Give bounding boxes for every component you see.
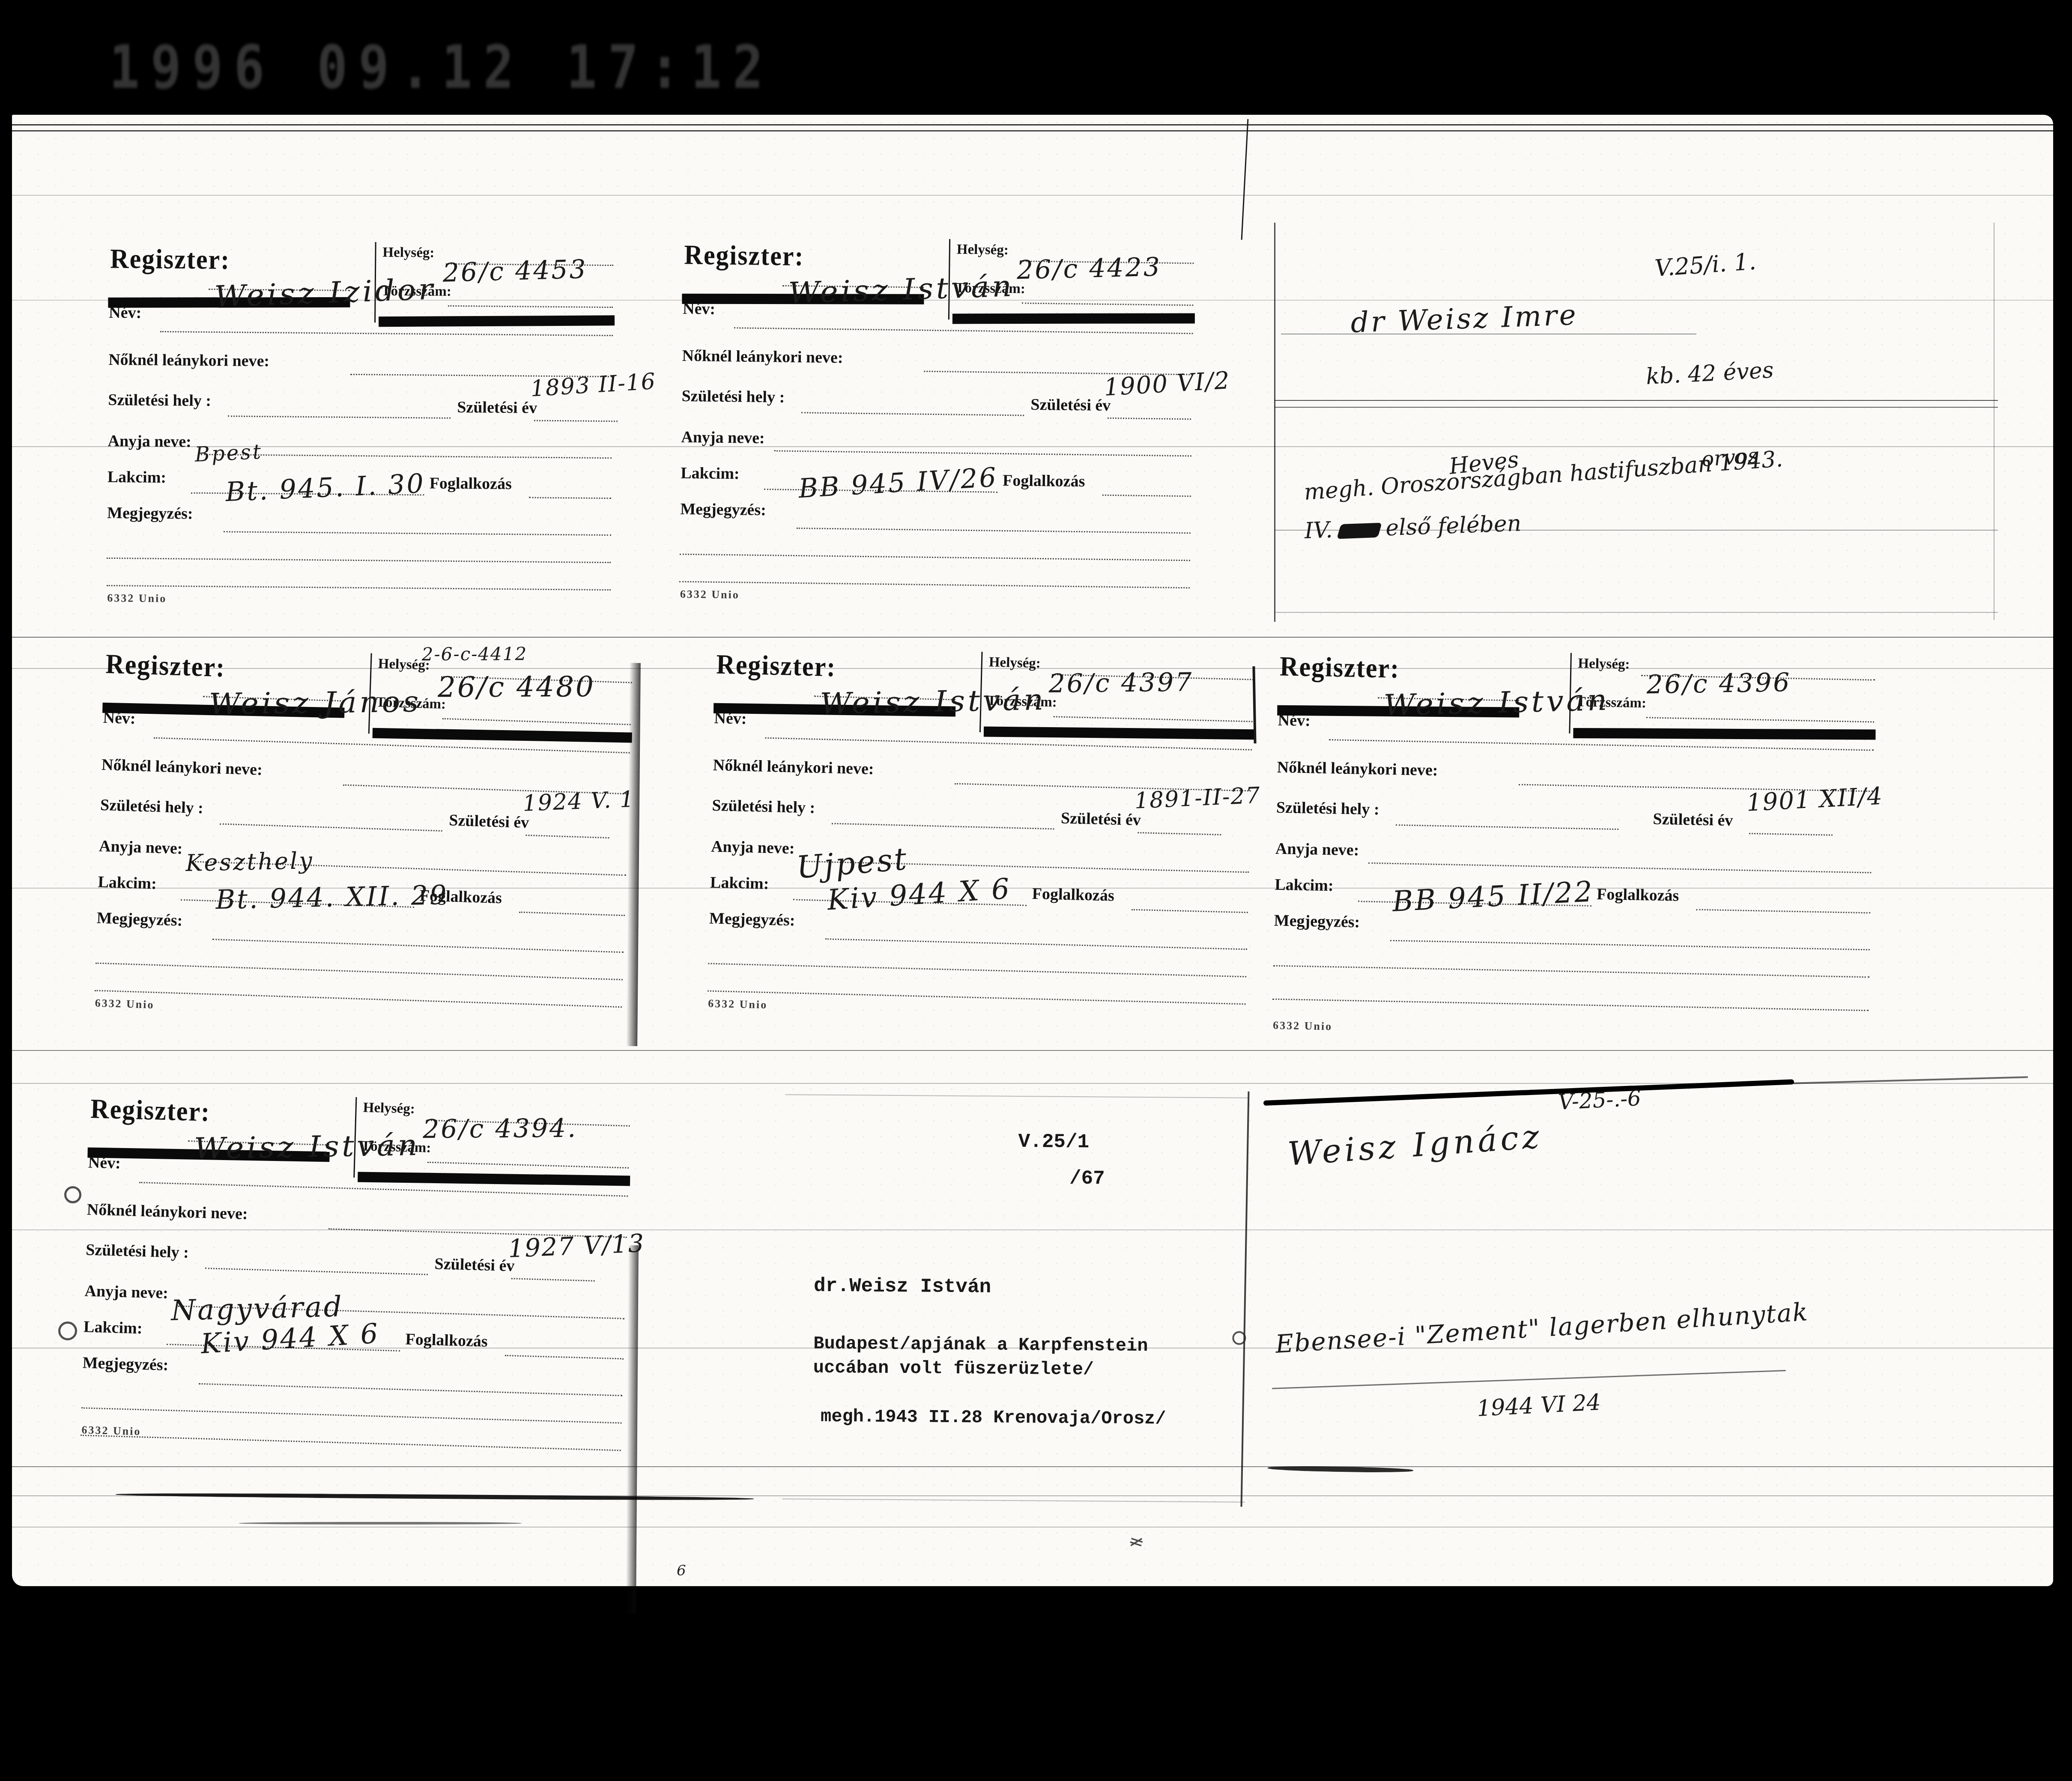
rule-line: [1274, 400, 1998, 401]
dotted-line: [205, 1268, 428, 1275]
label-szuletesi-ev: Születési év: [1653, 810, 1733, 830]
dotted-line: [1054, 716, 1253, 722]
dotted-line: [529, 497, 611, 499]
label-megjegyzes: Megjegyzés:: [96, 909, 183, 930]
value-megjegyzes: Bt. 945. I. 30: [225, 468, 426, 507]
label-lakcim: Lakcim:: [107, 468, 167, 487]
dotted-line: [1022, 302, 1193, 306]
death-note-2-suffix: első felében: [1385, 510, 1522, 541]
dotted-line: [1329, 739, 1874, 751]
card-edge-heavy-line: [1263, 1079, 1794, 1106]
biography-line-1: Budapest/apjának a Karpfenstein: [813, 1334, 1148, 1356]
death-line: megh.1943 II.28 Krenovaja/Orosz/: [821, 1406, 1166, 1429]
dotted-line: [160, 331, 613, 336]
label-nev: Név:: [103, 708, 136, 728]
note-card-weisz-ignac: V-25-.-6 Weisz Ignácz Ebensee-i "Zement"…: [1263, 1079, 2034, 1512]
value-szuletesi-ev: 1927 V/13: [508, 1229, 645, 1263]
person-name: Weisz Ignácz: [1287, 1117, 1544, 1173]
dotted-line: [534, 420, 618, 422]
label-regiszter: Regiszter:: [716, 648, 837, 683]
dotted-line: [228, 415, 451, 419]
label-megjegyzes: Megjegyzés:: [1274, 911, 1360, 932]
dotted-line: [1646, 717, 1874, 722]
header-bar: [1573, 728, 1875, 740]
label-lakcim: Lakcim:: [84, 1317, 143, 1338]
punch-hole: [58, 1322, 77, 1340]
dotted-line: [801, 412, 1024, 416]
value-torzsszam: 26/c 4480: [438, 670, 595, 704]
top-rule-1: [12, 124, 2053, 125]
label-lakcim: Lakcim:: [710, 873, 769, 893]
label-regiszter: Regiszter:: [684, 239, 804, 272]
label-nev: Név:: [88, 1153, 121, 1173]
dotted-line: [1102, 495, 1191, 497]
dotted-line: [96, 963, 623, 981]
death-note-2-prefix: IV.: [1304, 517, 1333, 544]
register-card-4397: Regiszter: Helység: Törzsszám: 26/c 4397…: [698, 636, 1262, 1035]
label-anyja-neve: Anyja neve:: [99, 837, 183, 858]
dotted-line: [525, 835, 609, 838]
value-helyseg: 2-6-c-4412: [422, 643, 528, 665]
person-name: dr.Weisz István: [814, 1275, 991, 1298]
dotted-line: [734, 327, 1193, 334]
dotted-line: [708, 963, 1246, 978]
underline: [1272, 1370, 1785, 1389]
dotted-line: [519, 912, 625, 916]
card-edge-thin-line: [1788, 1076, 2028, 1084]
punch-hole: [1232, 1331, 1246, 1345]
label-foglalkozas: Foglalkozás: [1032, 884, 1114, 905]
label-szuletesi-ev: Születési év: [449, 811, 529, 832]
value-torzsszam: 26/c 4453: [442, 254, 588, 288]
dotted-line: [427, 1162, 629, 1169]
value-torzsszam: 26/c 4397: [1048, 667, 1194, 699]
print-code: 6332 Unio: [708, 997, 768, 1011]
dotted-line: [680, 554, 1190, 561]
label-nev: Név:: [1278, 711, 1311, 730]
label-szuletesi-hely: Születési hely :: [1276, 798, 1379, 819]
sheet-edge: [1241, 1092, 1250, 1507]
label-leanykori-nev: Nőknél leánykori neve:: [108, 350, 269, 370]
death-note: megh. Oroszországban hastifuszban 1943.: [1303, 446, 1784, 505]
stray-marks: ≠: [1126, 1529, 1147, 1554]
value-szuletesi-ev: 1891-II-27: [1134, 783, 1261, 814]
label-foglalkozas: Foglalkozás: [1597, 885, 1679, 905]
label-megjegyzes: Megjegyzés:: [82, 1353, 169, 1375]
death-date: 1944 VI 24: [1476, 1390, 1601, 1422]
sheet-edge: [782, 1498, 1245, 1503]
archive-reference: V.25/1: [1018, 1131, 1089, 1153]
dotted-line: [765, 737, 1252, 751]
dotted-line: [708, 990, 1246, 1005]
label-megjegyzes: Megjegyzés:: [680, 500, 766, 519]
label-szuletesi-ev: Születési év: [457, 398, 537, 418]
dotted-line: [81, 1407, 622, 1423]
dotted-line: [825, 938, 1247, 950]
dotted-line: [107, 585, 611, 591]
dotted-line: [511, 1278, 595, 1281]
value-megjegyzes: BB 945 IV/26: [797, 461, 998, 504]
label-szuletesi-ev: Születési év: [1061, 809, 1141, 830]
print-code: 6332 Unio: [680, 588, 740, 602]
stray-vertical-line: [1241, 119, 1249, 240]
header-bar: [358, 1172, 630, 1186]
header-bar: [373, 728, 632, 743]
label-regiszter: Regiszter:: [110, 243, 230, 276]
archive-reference-sub: /67: [1069, 1167, 1105, 1190]
label-anyja-neve: Anyja neve:: [84, 1281, 168, 1302]
label-nev: Név:: [109, 303, 141, 322]
label-foglalkozas: Foglalkozás: [405, 1330, 488, 1351]
value-szuletesi-ev: 1901 XII/4: [1746, 782, 1884, 817]
paper-sheet: 6 ≠ Regiszter: Helység: Törzsszám: 26/c …: [12, 115, 2053, 1586]
register-card-4480: Regiszter: Helység: 2-6-c-4412 Törzsszám…: [85, 636, 641, 1041]
register-card-4396: Regiszter: Helység: Törzsszám: 26/c 4396…: [1263, 638, 1883, 1068]
label-foglalkozas: Foglalkozás: [430, 474, 512, 493]
print-code: 6332 Unio: [107, 592, 167, 605]
ink-smear: [116, 1492, 754, 1501]
value-nev: Weisz Izidor: [214, 272, 436, 314]
dotted-line: [1696, 909, 1870, 914]
value-megjegyzes: BB 945 II/22: [1391, 875, 1595, 918]
person-name: dr Weisz Imre: [1350, 298, 1579, 339]
value-szuletesi-ev: 1900 VI/2: [1103, 367, 1231, 402]
ledger-line: [12, 637, 2053, 638]
dotted-line: [442, 718, 631, 725]
label-leanykori-nev: Nőknél leánykori neve:: [101, 755, 263, 779]
label-anyja-neve: Anyja neve:: [711, 837, 795, 858]
value-nev: Weisz István: [820, 683, 1046, 721]
value-szuletesi-ev: 1893 II-16: [530, 369, 657, 402]
death-note-2: IV.első felében: [1304, 510, 1522, 544]
value-torzsszam: 26/c 4423: [1016, 252, 1161, 286]
label-regiszter: Regiszter:: [1280, 650, 1400, 685]
dotted-line: [1272, 999, 1869, 1011]
sheet-edge: [785, 1094, 1248, 1098]
dotted-line: [1132, 909, 1248, 913]
value-nev: Weisz István: [1383, 683, 1610, 723]
header-bar: [379, 315, 615, 327]
print-code: 6332 Unio: [95, 997, 155, 1011]
dotted-line: [224, 531, 611, 536]
register-card-4453: Regiszter: Helység: Törzsszám: 26/c 4453…: [98, 231, 621, 613]
dotted-line: [95, 990, 622, 1008]
print-code: 6332 Unio: [1273, 1019, 1333, 1033]
value-nev: Weisz István: [788, 269, 1015, 310]
dotted-line: [1273, 965, 1869, 978]
archive-reference: V.25/i. 1.: [1654, 248, 1757, 282]
register-card-4394: Regiszter: Helység: Törzsszám: 26/c 4394…: [71, 1081, 638, 1495]
top-rule-2: [12, 130, 2053, 131]
dotted-line: [679, 581, 1190, 589]
label-helyseg: Helység:: [382, 245, 434, 261]
scribble-blob: [1337, 522, 1382, 539]
age-note: kb. 42 éves: [1645, 357, 1774, 390]
header-bar: [952, 313, 1195, 324]
dotted-line: [1108, 418, 1191, 420]
label-szuletesi-hely: Születési hely :: [100, 796, 203, 818]
label-helyseg: Helység:: [363, 1100, 415, 1117]
label-regiszter: Regiszter:: [105, 648, 226, 683]
label-leanykori-nev: Nőknél leánykori neve:: [87, 1200, 248, 1223]
label-lakcim: Lakcim:: [98, 873, 157, 893]
label-megjegyzes: Megjegyzés:: [107, 504, 193, 523]
value-megjegyzes: Bt. 944. XII. 29: [215, 879, 448, 915]
value-lakcim: Bpest: [194, 440, 263, 467]
ledger-line: [12, 195, 2053, 196]
dotted-line: [81, 1435, 621, 1451]
label-szuletesi-hely: Születési hely :: [108, 391, 211, 410]
value-torzsszam: 26/c 4394.: [423, 1113, 577, 1145]
value-szuletesi-ev: 1924 V. 1: [522, 787, 636, 817]
label-foglalkozas: Foglalkozás: [1003, 471, 1085, 491]
label-leanykori-nev: Nőknél leánykori neve:: [1277, 758, 1438, 780]
label-nev: Név:: [714, 709, 747, 728]
label-szuletesi-hely: Születési hely :: [681, 387, 785, 407]
scanned-document-page: 1996 09.12 17:12 6 ≠ R: [0, 0, 2072, 1781]
dotted-line: [505, 1355, 624, 1360]
value-nev: Weisz János: [209, 685, 421, 722]
label-szuletesi-hely: Születési hely :: [712, 796, 815, 817]
dotted-line: [1749, 833, 1833, 836]
ink-smear: [1268, 1465, 1413, 1473]
label-lakcim: Lakcim:: [681, 464, 740, 483]
dotted-line: [774, 450, 1191, 456]
ink-smear: [239, 1522, 522, 1524]
value-nev: Weisz István: [194, 1128, 421, 1166]
label-leanykori-nev: Nőknél leánykori neve:: [682, 346, 843, 367]
print-code: 6332 Unio: [81, 1423, 141, 1438]
death-note: Ebensee-i "Zement" lagerben elhunytak: [1275, 1297, 1809, 1359]
value-lakcim: Keszthely: [185, 847, 314, 877]
archive-reference: V-25-.-6: [1558, 1086, 1642, 1115]
label-helyseg: Helység:: [957, 242, 1009, 258]
label-anyja-neve: Anyja neve:: [107, 432, 191, 451]
dotted-line: [212, 939, 624, 953]
dotted-line: [1138, 832, 1221, 835]
value-torzsszam: 26/c 4396: [1646, 668, 1791, 700]
label-regiszter: Regiszter:: [90, 1093, 211, 1128]
register-card-4423: Regiszter: Helység: Törzsszám: 26/c 4423…: [671, 227, 1202, 611]
dotted-line: [448, 305, 613, 308]
dotted-line: [832, 823, 1054, 830]
note-card-weisz-istvan-typed: V.25/1 /67 dr.Weisz István Budapest/apjá…: [782, 1088, 1252, 1509]
label-szuletesi-ev: Születési év: [434, 1254, 515, 1275]
dotted-line: [107, 558, 611, 563]
dotted-line: [1396, 824, 1618, 830]
dotted-line: [220, 823, 442, 831]
label-szuletesi-ev: Születési év: [1030, 395, 1111, 415]
biography-line-2: uccában volt füszerüzlete/: [813, 1357, 1094, 1380]
label-nev: Név:: [683, 299, 716, 319]
label-lakcim: Lakcim:: [1275, 875, 1334, 895]
label-megjegyzes: Megjegyzés:: [709, 909, 795, 930]
label-helyseg: Helység:: [988, 654, 1041, 671]
label-leanykori-nev: Nőknél leánykori neve:: [713, 756, 874, 779]
scanner-timestamp: 1996 09.12 17:12: [109, 33, 774, 102]
label-helyseg: Helység:: [1578, 656, 1630, 672]
dotted-line: [199, 1383, 623, 1396]
ledger-line: [12, 1527, 2053, 1527]
dotted-line: [1368, 862, 1871, 874]
dotted-line: [1390, 940, 1870, 951]
note-card-weisz-imre: V.25/i. 1. dr Weisz Imre kb. 42 éves Hev…: [1274, 223, 1998, 621]
value-lakcim: Ujpest: [795, 841, 909, 886]
label-anyja-neve: Anyja neve:: [681, 428, 765, 447]
dotted-line: [797, 528, 1191, 534]
rule-line: [1274, 612, 1998, 613]
label-szuletesi-hely: Születési hely :: [86, 1240, 189, 1262]
rule-line: [1274, 407, 1998, 408]
label-anyja-neve: Anyja neve:: [1275, 839, 1359, 860]
header-bar: [984, 727, 1254, 740]
stray-digit: 6: [677, 1562, 686, 1579]
